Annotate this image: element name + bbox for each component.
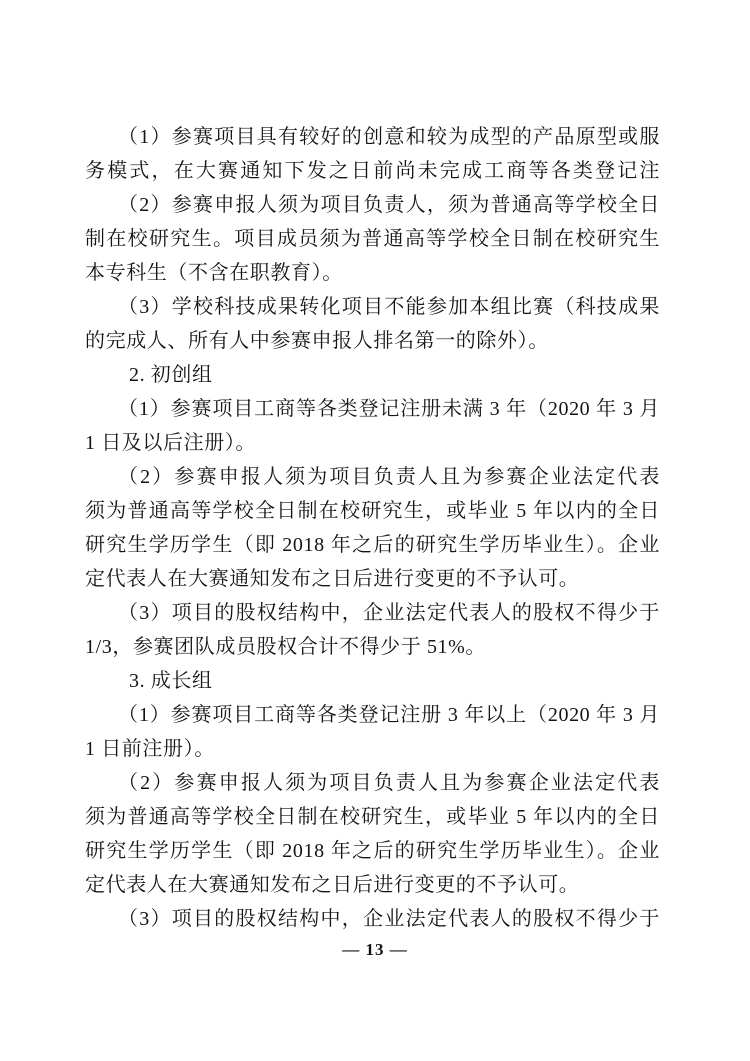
text-line: （2）参赛申报人须为项目负责人且为参赛企业法定代表人， — [85, 460, 660, 494]
page-number: — 13 — — [342, 940, 408, 959]
page-footer: — 13 — — [0, 936, 750, 964]
text-line: 1 日及以后注册）。 — [85, 426, 660, 460]
text-line: 1/3，参赛团队成员股权合计不得少于 51%。 — [85, 630, 660, 664]
text-line: （1）参赛项目工商等各类登记注册 3 年以上（2020 年 3 月 — [85, 698, 660, 732]
text-line: 研究生学历学生（即 2018 年之后的研究生学历毕业生）。企业法 — [85, 834, 660, 868]
text-line: 务模式，在大赛通知下发之日前尚未完成工商等各类登记注册。 — [85, 154, 660, 188]
document-page: （1）参赛项目具有较好的创意和较为成型的产品原型或服务模式，在大赛通知下发之日前… — [0, 0, 750, 1061]
text-line: 本专科生（不含在职教育）。 — [85, 256, 660, 290]
text-line: 2. 初创组 — [85, 358, 660, 392]
document-body: （1）参赛项目具有较好的创意和较为成型的产品原型或服务模式，在大赛通知下发之日前… — [85, 120, 660, 936]
text-line: （2）参赛申报人须为项目负责人，须为普通高等学校全日 — [85, 188, 660, 222]
text-line: （2）参赛申报人须为项目负责人且为参赛企业法定代表人， — [85, 766, 660, 800]
text-line: 须为普通高等学校全日制在校研究生，或毕业 5 年以内的全日制 — [85, 800, 660, 834]
text-line: （1）参赛项目具有较好的创意和较为成型的产品原型或服 — [85, 120, 660, 154]
text-line: （3）项目的股权结构中，企业法定代表人的股权不得少于 — [85, 902, 660, 936]
text-line: （3）项目的股权结构中，企业法定代表人的股权不得少于 — [85, 596, 660, 630]
text-line: 定代表人在大赛通知发布之日后进行变更的不予认可。 — [85, 868, 660, 902]
text-line: （1）参赛项目工商等各类登记注册未满 3 年（2020 年 3 月 — [85, 392, 660, 426]
text-line: 1 日前注册）。 — [85, 732, 660, 766]
text-line: 定代表人在大赛通知发布之日后进行变更的不予认可。 — [85, 562, 660, 596]
text-line: （3）学校科技成果转化项目不能参加本组比赛（科技成果 — [85, 290, 660, 324]
text-line: 的完成人、所有人中参赛申报人排名第一的除外）。 — [85, 324, 660, 358]
text-line: 3. 成长组 — [85, 664, 660, 698]
text-line: 须为普通高等学校全日制在校研究生，或毕业 5 年以内的全日制 — [85, 494, 660, 528]
text-line: 制在校研究生。项目成员须为普通高等学校全日制在校研究生或 — [85, 222, 660, 256]
text-line: 研究生学历学生（即 2018 年之后的研究生学历毕业生）。企业法 — [85, 528, 660, 562]
